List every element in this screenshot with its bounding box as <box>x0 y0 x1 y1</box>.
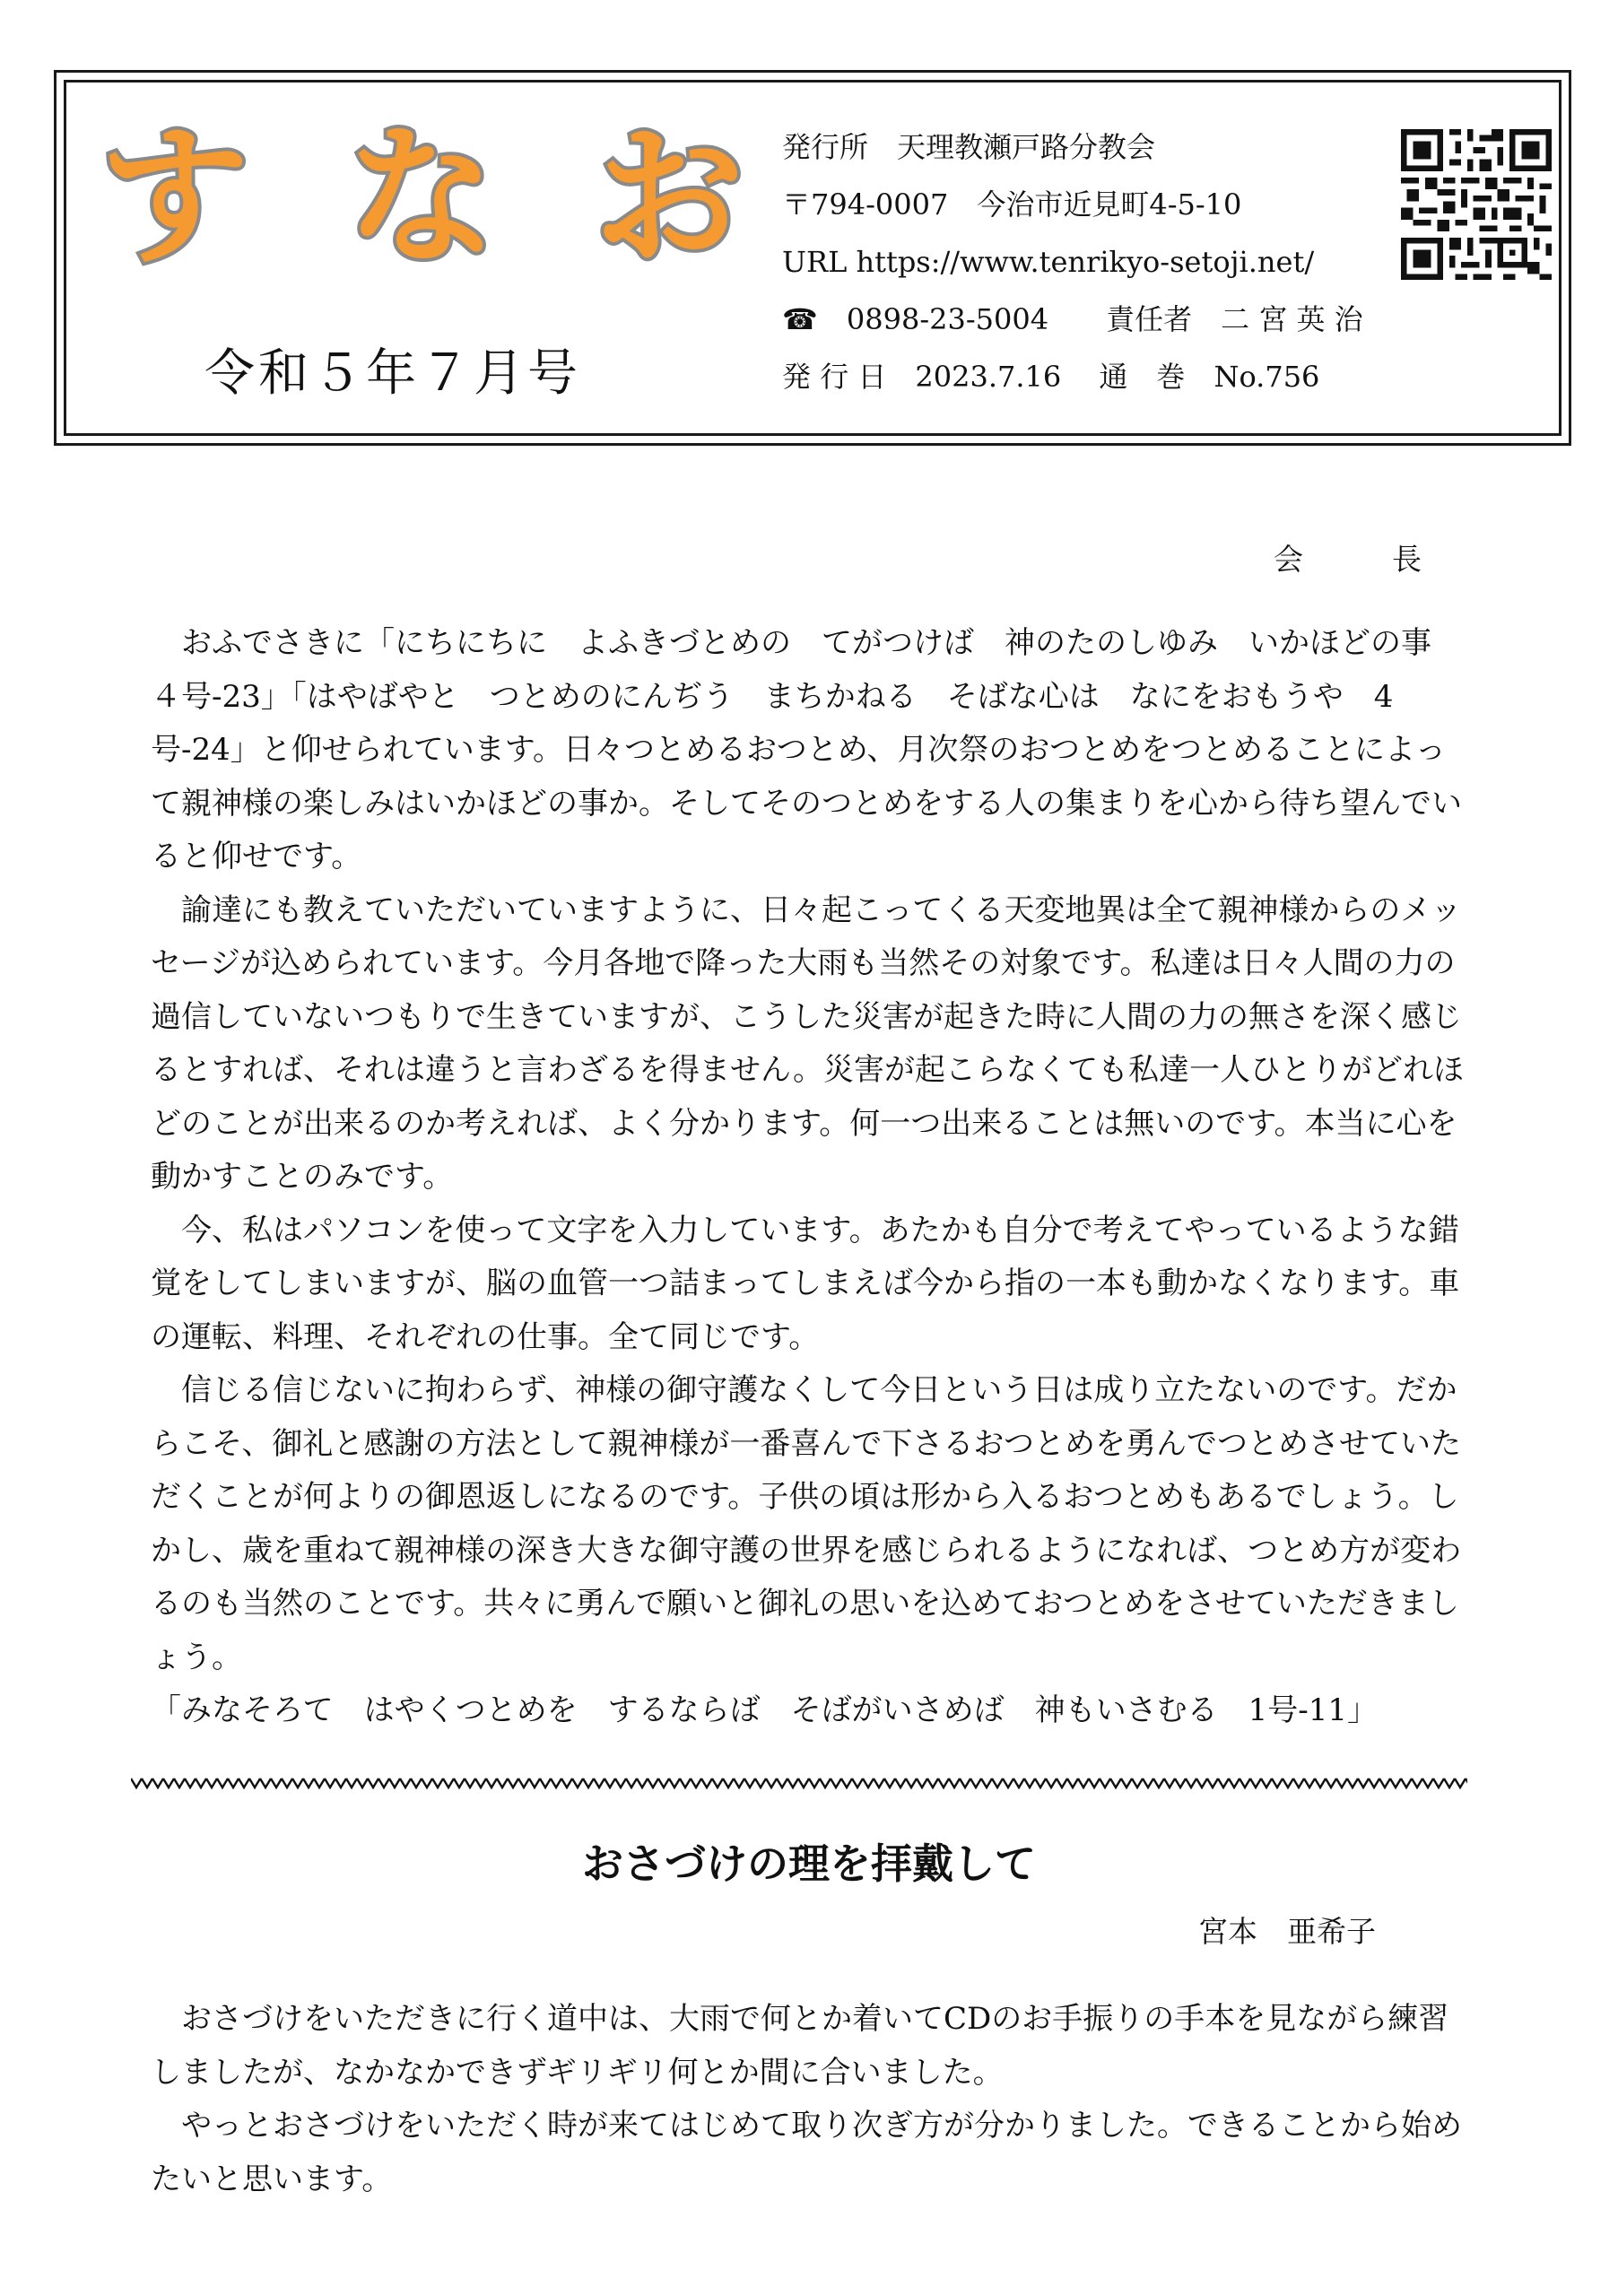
volume-label: 通 巻 <box>1099 360 1185 394</box>
phone-number: 0898-23-5004 <box>847 302 1048 336</box>
date-label: 発 行 日 <box>782 360 886 394</box>
address-line: 〒794-0007 今治市近見町4-5-10 <box>782 176 1363 233</box>
publisher-line: 発行所 天理教瀬戸路分教会 <box>782 118 1363 176</box>
article1-paragraph: 今、私はパソコンを使って文字を入力しています。あたかも自分で考えてやっているよう… <box>151 1205 1467 1365</box>
publisher-label: 発行所 <box>782 130 868 164</box>
phone-line: ☎ 0898-23-5004 責任者 二 宮 英 治 <box>782 291 1363 348</box>
article1-author: 会 長 <box>1274 536 1422 578</box>
volume-number: No.756 <box>1213 360 1319 394</box>
masthead-char: す <box>99 122 249 273</box>
responsible-name: 二 宮 英 治 <box>1221 302 1363 336</box>
publication-info: 発行所 天理教瀬戸路分教会 〒794-0007 今治市近見町4-5-10 URL… <box>782 118 1363 405</box>
article2-paragraph: やっとおさづけをいただく時が来てはじめて取り次ぎ方が分かりました。できることから… <box>151 2100 1467 2206</box>
wavy-divider <box>131 1776 1467 1790</box>
article1-paragraph: おふでさきに「にちにちに よふきづとめの てがつけば 神のたのしゆみ いかほどの… <box>151 617 1467 884</box>
publisher-name: 天理教瀬戸路分教会 <box>897 130 1155 164</box>
article1-paragraph: 諭達にも教えていただいていますように、日々起こってくる天変地異は全て親神様からの… <box>151 884 1467 1205</box>
url-link[interactable]: URL https://www.tenrikyo-setoji.net/ <box>782 233 1363 291</box>
telephone-icon: ☎ <box>782 302 818 336</box>
article2-body: おさづけをいただきに行く道中は、大雨で何とか着いてCDのお手振りの手本を見ながら… <box>151 1993 1467 2206</box>
issue-label: 令和５年７月号 <box>204 334 581 405</box>
article1-closing-quote: 「みなそろて はやくつとめを するならば そばがいさめば 神もいさむる 1号-1… <box>151 1684 1467 1738</box>
article2-paragraph: おさづけをいただきに行く道中は、大雨で何とか着いてCDのお手振りの手本を見ながら… <box>151 1993 1467 2100</box>
issue-date: 2023.7.16 <box>915 360 1061 394</box>
qr-code-icon[interactable] <box>1401 129 1552 280</box>
responsible-label: 責任者 <box>1106 302 1192 336</box>
masthead-char: お <box>594 122 744 273</box>
masthead-char: な <box>346 122 497 273</box>
masthead-title: す な お <box>99 108 744 287</box>
article2-title: おさづけの理を拝戴して <box>0 1831 1618 1891</box>
article2-author: 宮本 亜希子 <box>1198 1909 1376 1951</box>
article1-paragraph: 信じる信じないに拘わらず、神様の御守護なくして今日という日は成り立たないのです。… <box>151 1364 1467 1684</box>
date-line: 発 行 日 2023.7.16 通 巻 No.756 <box>782 348 1363 405</box>
article1-body: おふでさきに「にちにちに よふきづとめの てがつけば 神のたのしゆみ いかほどの… <box>151 617 1467 1738</box>
